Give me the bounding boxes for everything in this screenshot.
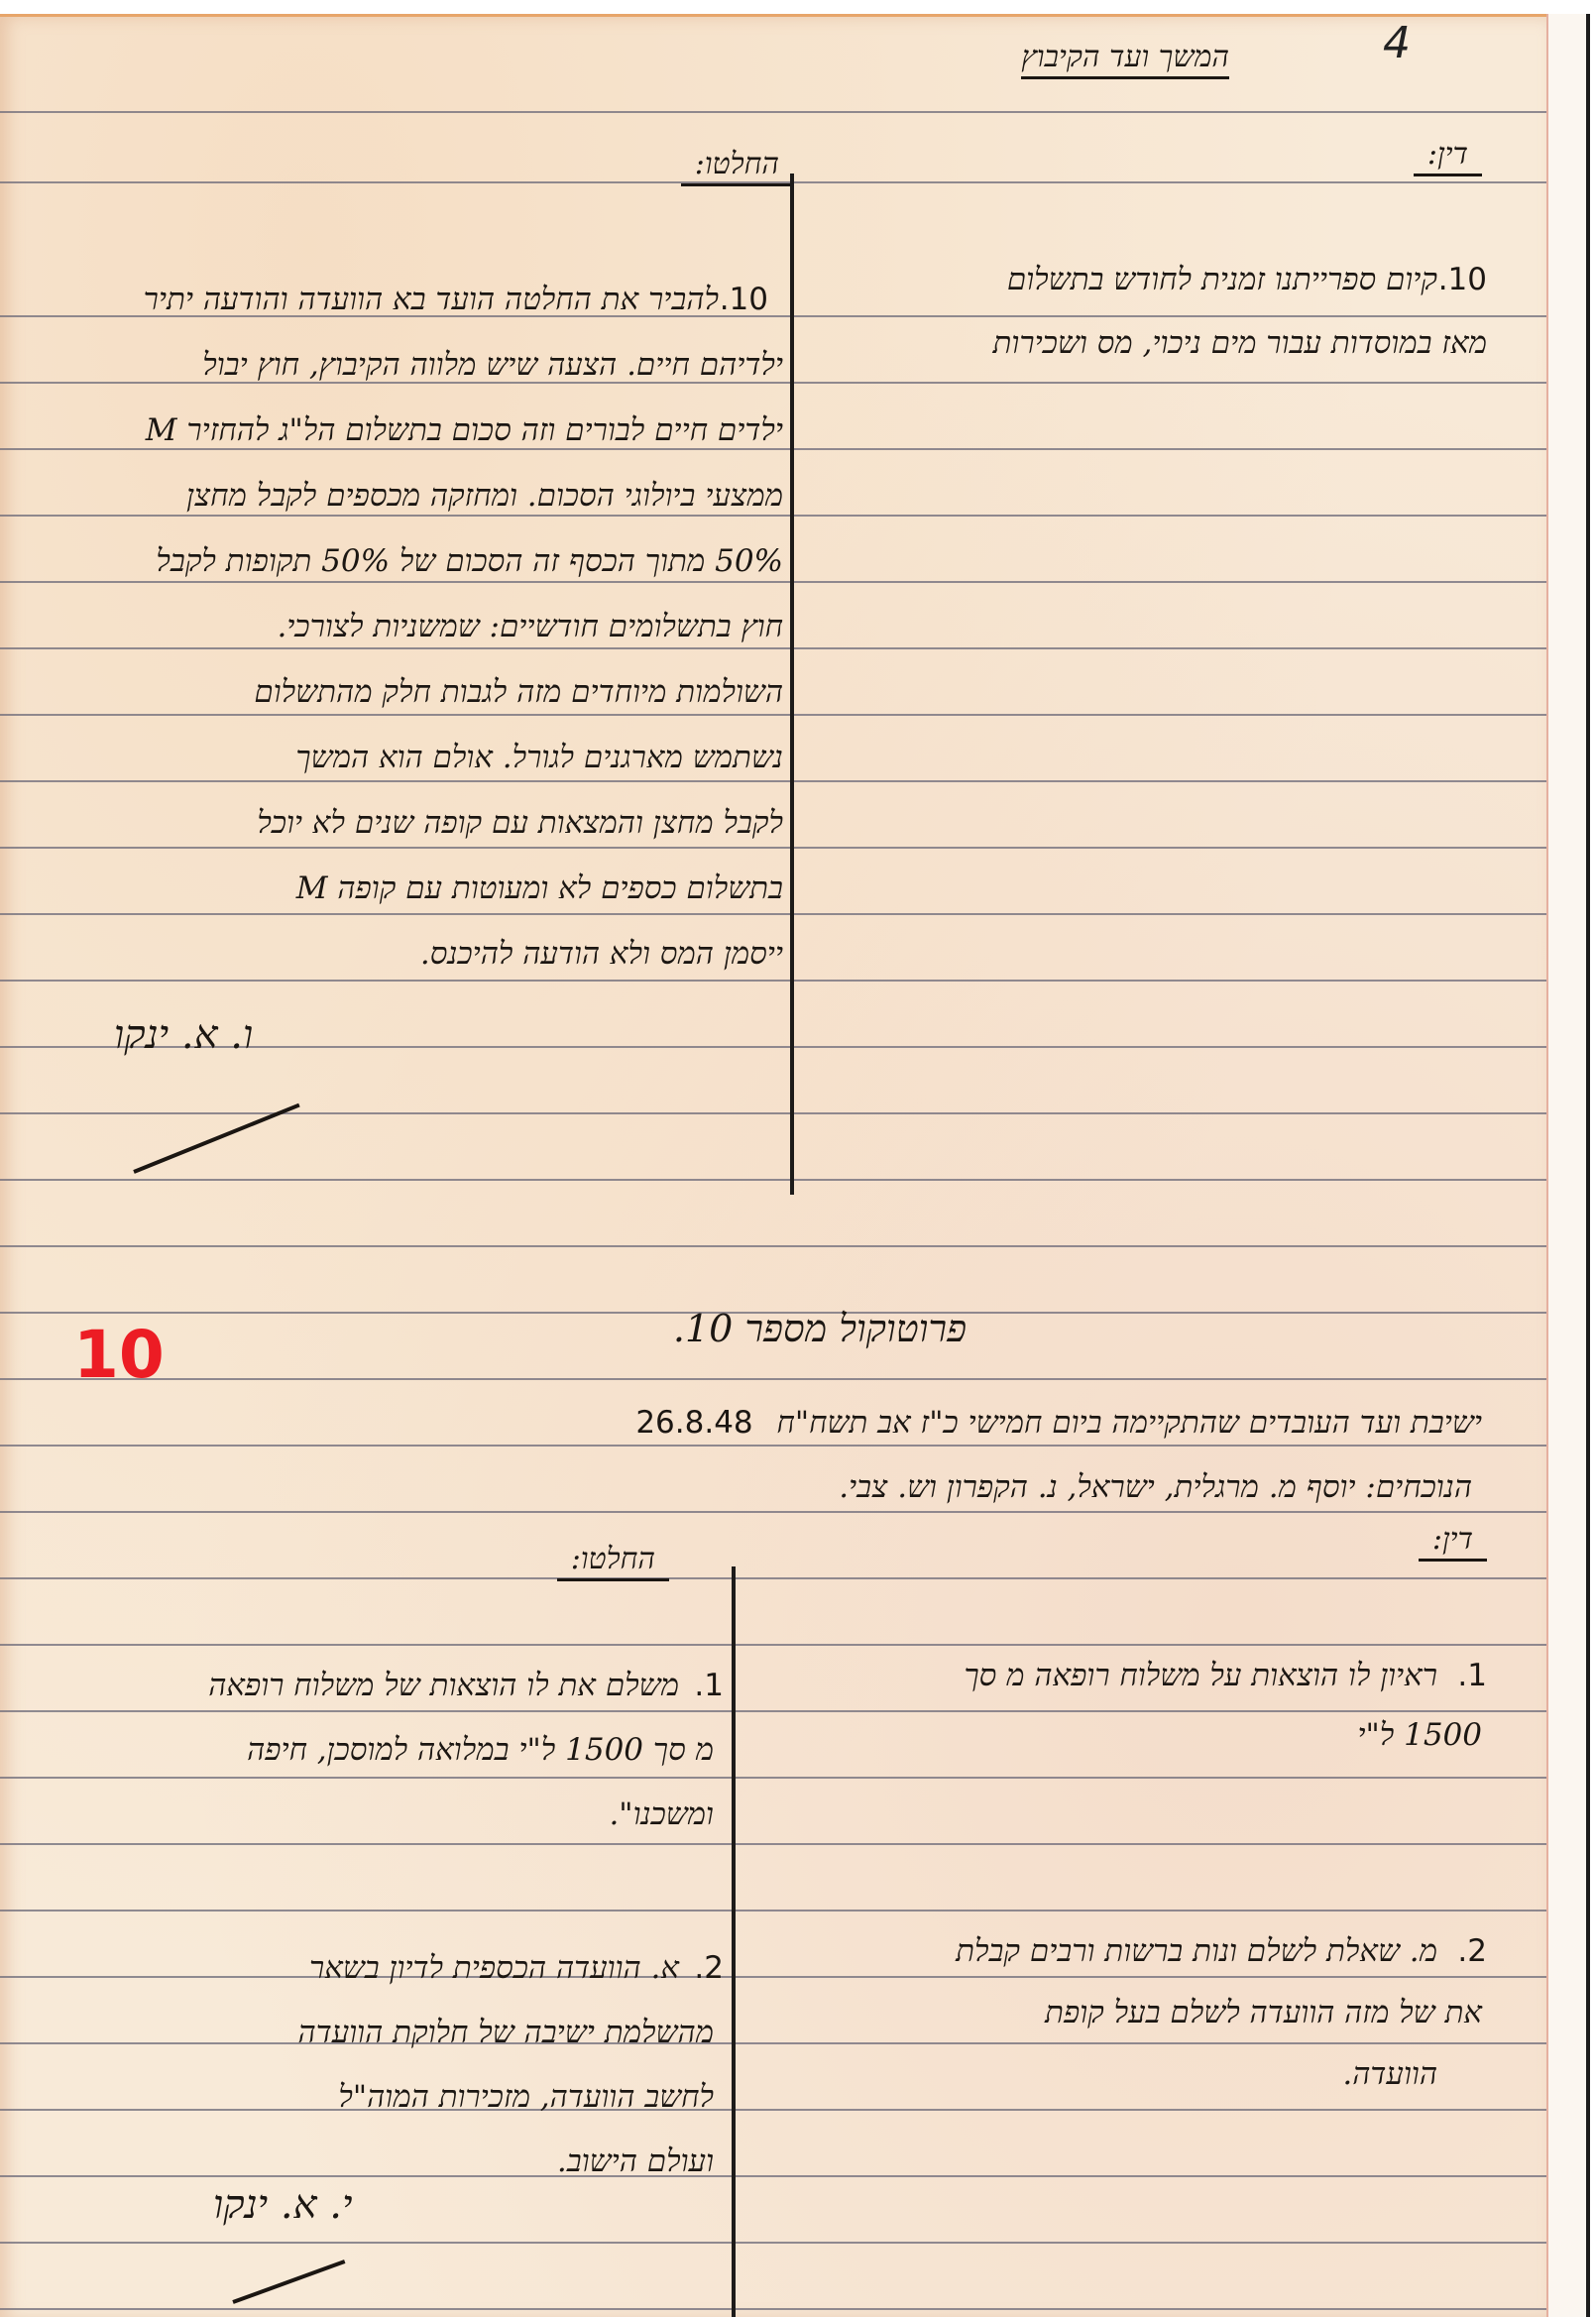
running-header: המשך ועד הקיבוץ <box>1021 40 1229 79</box>
decisions-label: החלטו: <box>557 1542 669 1581</box>
session-line: ישיבת ועד העובדים שהתקיימה ביום חמישי כ"… <box>635 1393 1482 1452</box>
signature: י. א. ינקו <box>213 2181 353 2228</box>
decision-line: ממצעי ביולוגי הסכום. ומחזקה מכספים לקבל … <box>186 466 783 525</box>
discussion-label: דין: <box>1414 137 1482 176</box>
decision-line: א. הוועדה הכספית לדיון בשאר <box>309 1938 679 1998</box>
decision-line: מהשלמת ישיבה של חלוקת הוועדה <box>298 2003 714 2062</box>
decision-line: ומשכנו". <box>609 1785 714 1844</box>
decision-line: מ סך 1500 ל"י במלואה למוסכן, חיפה <box>247 1720 714 1780</box>
ruled-line <box>0 1378 1546 1380</box>
item-number: 1. <box>694 1656 724 1715</box>
protocol-title: פרוטוקול מספר 10. <box>673 1307 967 1351</box>
decision-line: ועולם הישוב. <box>557 2132 714 2191</box>
item-number: 10. <box>1438 250 1487 309</box>
page-number: 4 <box>1383 18 1411 68</box>
decision-line: להביר את החלטה הועד בא הוועדה והודעה יתי… <box>144 270 719 329</box>
discussion-line: קיום ספרייתנו זמנית לחודש בתשלום <box>1007 250 1437 309</box>
discussion-line: 1500 ל"י <box>1357 1705 1482 1765</box>
red-protocol-number: 10 <box>73 1317 165 1393</box>
ruled-line <box>0 1179 1546 1181</box>
ruled-line <box>0 2175 1546 2177</box>
decision-line: חוץ בתשלומים חודשיים: שמשניות לצורכי. <box>277 597 783 656</box>
ruled-line <box>0 1577 1546 1579</box>
column-divider <box>790 174 794 1195</box>
ruled-line <box>0 2109 1546 2111</box>
decisions-label: החלטו: <box>681 147 793 186</box>
ruled-line <box>0 1843 1546 1845</box>
ruled-line <box>0 1245 1546 1247</box>
ruled-line <box>0 1112 1546 1114</box>
discussion-line: ראיון לו הוצאות על משלוח רופאה מ סך <box>964 1646 1437 1705</box>
decision-line: ייסמן המס ולא הודעה להיכנס. <box>420 924 783 984</box>
ruled-line <box>0 111 1546 113</box>
attendees-line: הנוכחים: יוסף מ. מרגלית, ישראל, נ. הקפרו… <box>839 1457 1472 1517</box>
column-divider <box>732 1566 736 2317</box>
ruled-line <box>0 1910 1546 1912</box>
decision-line: השולמות מיוחדים מזה לגבות חלק מהתשלום <box>254 662 783 722</box>
discussion-line: את של מזה הוועדה לשלם בעל קופת <box>1045 1983 1482 2042</box>
item-number: 1. <box>1457 1646 1487 1705</box>
ruled-line <box>0 2242 1546 2244</box>
ruled-line <box>0 2042 1546 2044</box>
signature: ו. א. ינקו <box>114 1011 253 1058</box>
ruled-line <box>0 1777 1546 1779</box>
item-number: 2. <box>1457 1921 1487 1981</box>
discussion-label: דין: <box>1419 1522 1487 1562</box>
discussion-line: הוועדה. <box>1342 2044 1437 2104</box>
decision-line: ילדים חיים לבורים וזה סכום בתשלום הל"ג ל… <box>146 401 783 460</box>
decision-line: בתשלום כספים לא ומעוטות עם קופה M <box>296 859 783 918</box>
session-date: 26.8.48 <box>635 1405 752 1441</box>
item-number: 10. <box>720 270 768 329</box>
decision-line: ילדיהם חיים. הצעה שיש מלווה הקיבוץ, חוץ … <box>202 335 783 395</box>
decision-line: 50% מתוך הכסף זה הסכום של 50% תקופות לקב… <box>156 531 783 591</box>
decision-line: לחשב הוועדה, מזכירות המוה"ל <box>338 2067 714 2127</box>
discussion-line: מאז במוסדות עבור מים ניכוי, מס ושכירות <box>993 313 1487 373</box>
item-number: 2. <box>694 1938 724 1998</box>
decision-line: נשתמש מארגנים לגורל. אולם הוא המשך <box>295 728 783 787</box>
decision-line: לקבל מחצן והמצאות עם קופה שנים לא יוכל <box>257 793 783 853</box>
page-edge <box>1546 14 1590 2317</box>
session-text: ישיבת ועד העובדים שהתקיימה ביום חמישי כ"… <box>777 1405 1483 1441</box>
ruled-line <box>0 2308 1546 2310</box>
decision-line: משלם את לו הוצאות של משלוח רופאה <box>208 1656 679 1715</box>
discussion-line: מ. שאלת לשלם ונות ברשות ורבים קבלת <box>956 1921 1437 1981</box>
